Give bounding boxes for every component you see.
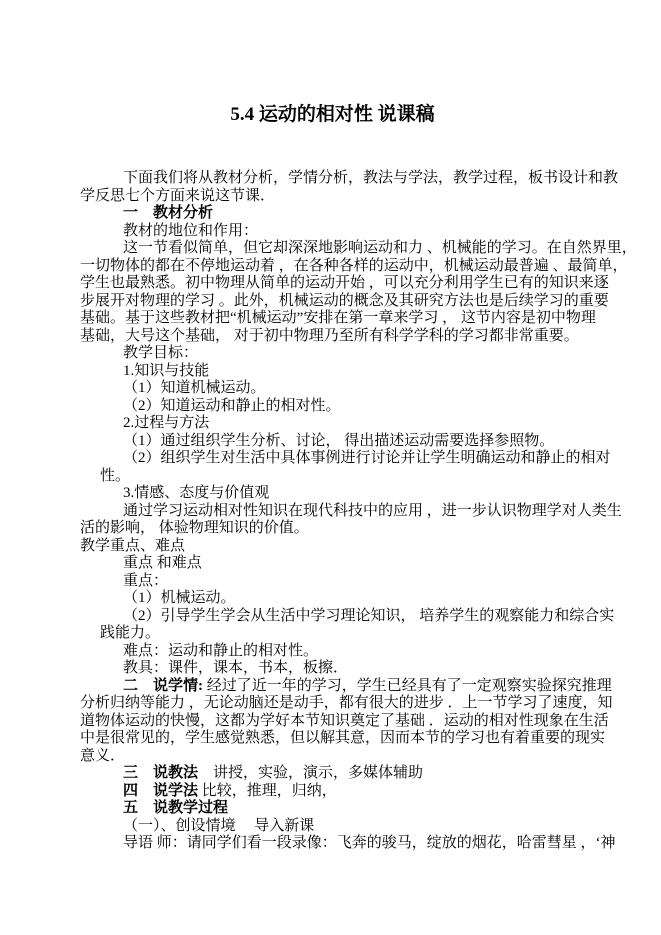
text-line: 基础，大号这个基础， 对于初中物理乃至所有科学学科的学习都非常重要。 xyxy=(80,328,585,346)
line-text: 分析归纳等能力 ，无论动脑还是动手，都有很大的进步 ．上一节学习了速度，知 xyxy=(80,695,613,711)
text-line: 意义． xyxy=(80,748,585,766)
line-text: 通过学习运动相对性知识在现代科技中的应用 ，进一步认识物理学对人类生 xyxy=(123,503,622,519)
text-line: 教具：课件，课本，书本，板擦． xyxy=(80,660,585,678)
text-line: （2）组织学生对生活中具体事例进行讨论并让学生明确运动和静止的相对 xyxy=(80,450,585,468)
line-text: 重点： xyxy=(123,573,168,589)
text-line: 一切物体的都在不停地运动着 ，在各种各样的运动中，机械运动最普遍 、最简单， xyxy=(80,258,585,276)
text-line: 基础。基于这些教材把“机械运动”安排在第一章来学习 ， 这节内容是初中物理 xyxy=(80,310,585,328)
heading-bold-text: 五 说教学过程 xyxy=(123,800,228,816)
text-line: 中是很常见的，学生感觉熟悉，但以解其意，因而本节的学习也有着重要的现实 xyxy=(80,730,585,748)
line-text: 教材的地位和作用： xyxy=(123,223,258,239)
heading-bold-text: 四 说学法 xyxy=(123,783,198,799)
document-title: 5.4 运动的相对性 说课稿 xyxy=(80,103,585,126)
text-line: 1.知识与技能 xyxy=(80,363,585,381)
line-text: 下面我们将从教材分析，学情分析，教法与学法，教学过程，板书设计和教 xyxy=(123,170,618,186)
heading-bold-text: 二 说学情: xyxy=(123,678,203,694)
text-line: 难点：运动和静止的相对性。 xyxy=(80,643,585,661)
line-text: 讲授，实验，演示，多媒体辅助 xyxy=(198,765,423,781)
heading-bold-text: 一 教材分析 xyxy=(123,205,213,221)
line-text: 经过了近一年的学习，学生已经具有了一定观察实验探究推理 xyxy=(203,678,612,694)
text-line: 教学重点、难点 xyxy=(80,538,585,556)
line-text: 活的影响， 体验物理知识的价值。 xyxy=(80,520,309,536)
text-line: 2.过程与方法 xyxy=(80,415,585,433)
text-line: 下面我们将从教材分析，学情分析，教法与学法，教学过程，板书设计和教 xyxy=(80,170,585,188)
text-line: 通过学习运动相对性知识在现代科技中的应用 ，进一步认识物理学对人类生 xyxy=(80,503,585,521)
line-text: 基础。基于这些教材把“机械运动”安排在第一章来学习 ， 这节内容是初中物理 xyxy=(80,310,596,326)
text-line: （1）知道机械运动。 xyxy=(80,380,585,398)
line-text: 学反思七个方面来说这节课． xyxy=(80,188,275,204)
line-text: 步展开对物理的学习 。此外，机械运动的概念及其研究方法也是后续学习的重要 xyxy=(80,293,609,309)
section-heading-line: 四 说学法 比较，推理，归纳， xyxy=(80,783,585,801)
line-text: 难点：运动和静止的相对性。 xyxy=(123,643,318,659)
text-line: 步展开对物理的学习 。此外，机械运动的概念及其研究方法也是后续学习的重要 xyxy=(80,293,585,311)
line-text: 2.过程与方法 xyxy=(123,415,209,431)
line-text: 基础，大号这个基础， 对于初中物理乃至所有科学学科的学习都非常重要。 xyxy=(80,328,579,344)
text-line: 活的影响， 体验物理知识的价值。 xyxy=(80,520,585,538)
text-line: （2）引导学生学会从生活中学习理论知识， 培养学生的观察能力和综合实 xyxy=(80,608,585,626)
line-text: 性。 xyxy=(100,468,130,484)
text-line: 学反思七个方面来说这节课． xyxy=(80,188,585,206)
line-text: 这一节看似简单，但它却深深地影响运动和力 、机械能的学习。在自然界里， xyxy=(123,240,637,256)
text-line: 分析归纳等能力 ，无论动脑还是动手，都有很大的进步 ．上一节学习了速度，知 xyxy=(80,695,585,713)
line-text: 1.知识与技能 xyxy=(123,363,209,379)
line-text: （2）引导学生学会从生活中学习理论知识， 培养学生的观察能力和综合实 xyxy=(123,608,614,624)
line-text: （1）知道机械运动。 xyxy=(123,380,266,396)
text-line: 重点： xyxy=(80,573,585,591)
heading-bold-text: 三 说教法 xyxy=(123,765,198,781)
text-line: 教材的地位和作用： xyxy=(80,223,585,241)
line-text: 学生也最熟悉。初中物理从简单的运动开始 ，可以充分利用学生已有的知识来逐 xyxy=(80,275,609,291)
section-heading-line: 三 说教法 讲授，实验，演示，多媒体辅助 xyxy=(80,765,585,783)
document-lines: 下面我们将从教材分析，学情分析，教法与学法，教学过程，板书设计和教学反思七个方面… xyxy=(80,170,585,853)
line-text: （一）、创设情境 导入新课 xyxy=(123,818,314,834)
text-line: （1）机械运动。 xyxy=(80,590,585,608)
line-text: 导语 师：请同学们看一段录像：飞奔的骏马，绽放的烟花，哈雷彗星 ，‘神 xyxy=(123,835,616,851)
line-text: （1）机械运动。 xyxy=(123,590,236,606)
line-text: 教学重点、难点 xyxy=(80,538,185,554)
line-text: （1）通过组织学生分析、讨论， 得出描述运动需要选择参照物。 xyxy=(123,433,554,449)
section-heading-line: 二 说学情: 经过了近一年的学习，学生已经具有了一定观察实验探究推理 xyxy=(80,678,585,696)
line-text: 中是很常见的，学生感觉熟悉，但以解其意，因而本节的学习也有着重要的现实 xyxy=(80,730,605,746)
text-line: 道物体运动的快慢，这都为学好本节知识奠定了基础 ．运动的相对性现象在生活 xyxy=(80,713,585,731)
text-line: （2）知道运动和静止的相对性。 xyxy=(80,398,585,416)
line-text: 道物体运动的快慢，这都为学好本节知识奠定了基础 ．运动的相对性现象在生活 xyxy=(80,713,609,729)
section-heading-line: 五 说教学过程 xyxy=(80,800,585,818)
line-text: 比较，推理，归纳， xyxy=(198,783,337,799)
line-text: 践能力。 xyxy=(100,625,160,641)
text-line: 重点 和难点 xyxy=(80,555,585,573)
line-text: 教具：课件，课本，书本，板擦． xyxy=(123,660,348,676)
text-line: 性。 xyxy=(80,468,585,486)
line-text: 意义． xyxy=(80,748,125,764)
text-line: 3.情感、态度与价值观 xyxy=(80,485,585,503)
line-text: 重点 和难点 xyxy=(123,555,202,571)
text-line: 这一节看似简单，但它却深深地影响运动和力 、机械能的学习。在自然界里， xyxy=(80,240,585,258)
line-text: 3.情感、态度与价值观 xyxy=(123,485,269,501)
line-text: （2）组织学生对生活中具体事例进行讨论并让学生明确运动和静止的相对 xyxy=(123,450,611,466)
line-text: 一切物体的都在不停地运动着 ，在各种各样的运动中，机械运动最普遍 、最简单， xyxy=(80,258,628,274)
text-line: 教学目标： xyxy=(80,345,585,363)
text-line: 践能力。 xyxy=(80,625,585,643)
text-line: 导语 师：请同学们看一段录像：飞奔的骏马，绽放的烟花，哈雷彗星 ，‘神 xyxy=(80,835,585,853)
line-text: 教学目标： xyxy=(123,345,198,361)
section-heading-line: 一 教材分析 xyxy=(80,205,585,223)
text-line: 学生也最熟悉。初中物理从简单的运动开始 ，可以充分利用学生已有的知识来逐 xyxy=(80,275,585,293)
text-line: （1）通过组织学生分析、讨论， 得出描述运动需要选择参照物。 xyxy=(80,433,585,451)
text-line: （一）、创设情境 导入新课 xyxy=(80,818,585,836)
document-page: 5.4 运动的相对性 说课稿 下面我们将从教材分析，学情分析，教法与学法，教学过… xyxy=(0,0,661,935)
line-text: （2）知道运动和静止的相对性。 xyxy=(123,398,341,414)
